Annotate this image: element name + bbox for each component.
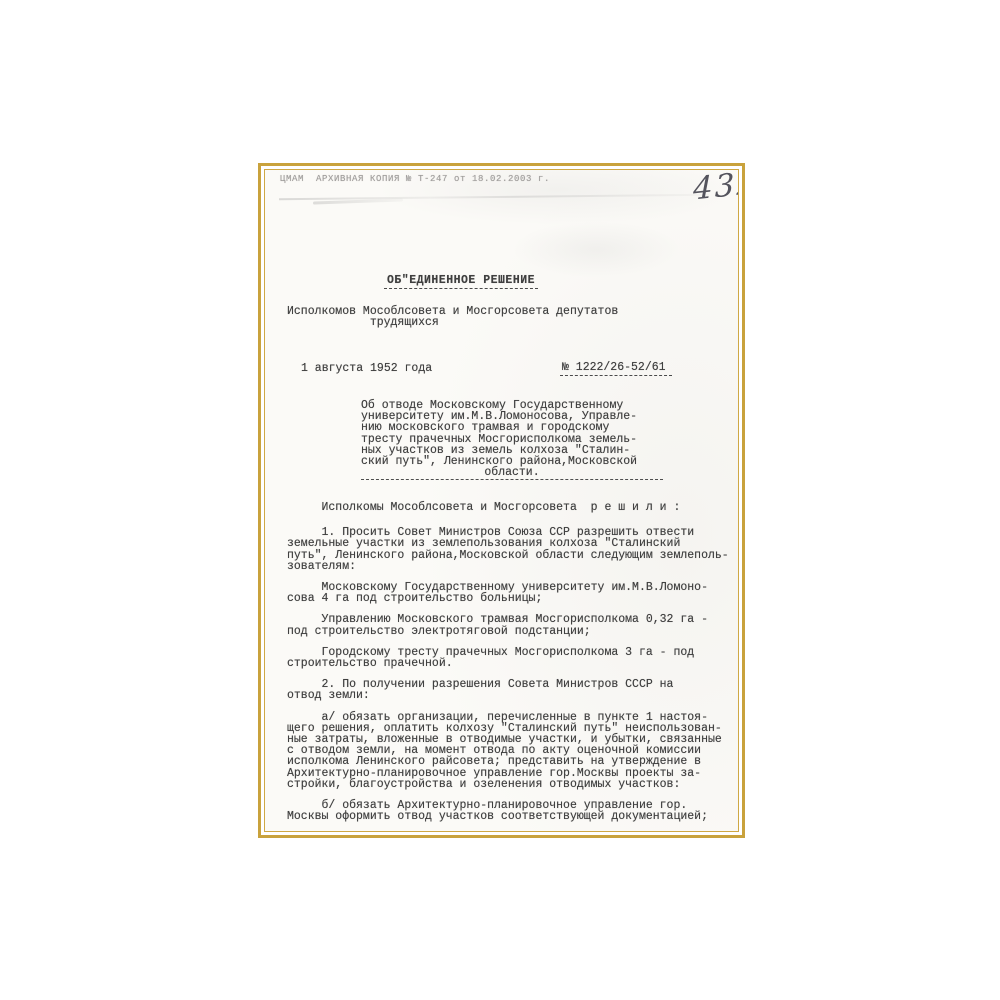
paragraph-2b: б/ обязать Архитектурно-планировочное уп… — [287, 800, 739, 822]
issuing-organization: Исполкомов Мособлсовета и Мосгорсовета д… — [287, 306, 618, 328]
paragraph-allotment-tram: Управлению Московского трамвая Мосгорисп… — [287, 614, 739, 636]
paragraph-2a: а/ обязать организации, перечисленные в … — [287, 712, 739, 790]
document-page: ЦМАМ АРХИВНАЯ КОПИЯ № Т-247 от 18.02.200… — [264, 169, 739, 832]
document-number: № 1222/26-52/61 — [560, 362, 672, 376]
paragraph-allotment-laundry: Городскому тресту прачечных Мосгорисполк… — [287, 647, 739, 669]
scanned-document-frame: ЦМАМ АРХИВНАЯ КОПИЯ № Т-247 от 18.02.200… — [258, 163, 745, 838]
resolution-line: Исполкомы Мособлсовета и Мосгорсовета р … — [287, 502, 739, 513]
subject-last-line: области. — [361, 467, 663, 480]
paragraph-2: 2. По получении разрешения Совета Минист… — [287, 679, 739, 701]
paragraph-1: 1. Просить Совет Министров Союза ССР раз… — [287, 527, 739, 572]
paragraph-allotment-university: Московскому Государственному университет… — [287, 582, 739, 604]
document-date: 1 августа 1952 года — [301, 363, 432, 374]
document-title: ОБ"ЕДИНЕННОЕ РЕШЕНИЕ — [384, 275, 538, 289]
handwritten-page-number: 432 — [693, 169, 739, 208]
subject-text: Об отводе Московскому Государственному у… — [361, 400, 663, 467]
screenshot-canvas: ЦМАМ АРХИВНАЯ КОПИЯ № Т-247 от 18.02.200… — [0, 0, 1000, 1000]
subject-block: Об отводе Московскому Государственному у… — [361, 400, 663, 480]
pencil-line-mark — [279, 194, 709, 201]
archive-stamp: ЦМАМ АРХИВНАЯ КОПИЯ № Т-247 от 18.02.200… — [280, 174, 550, 184]
document-body: Исполкомы Мособлсовета и Мосгорсовета р … — [287, 502, 739, 832]
